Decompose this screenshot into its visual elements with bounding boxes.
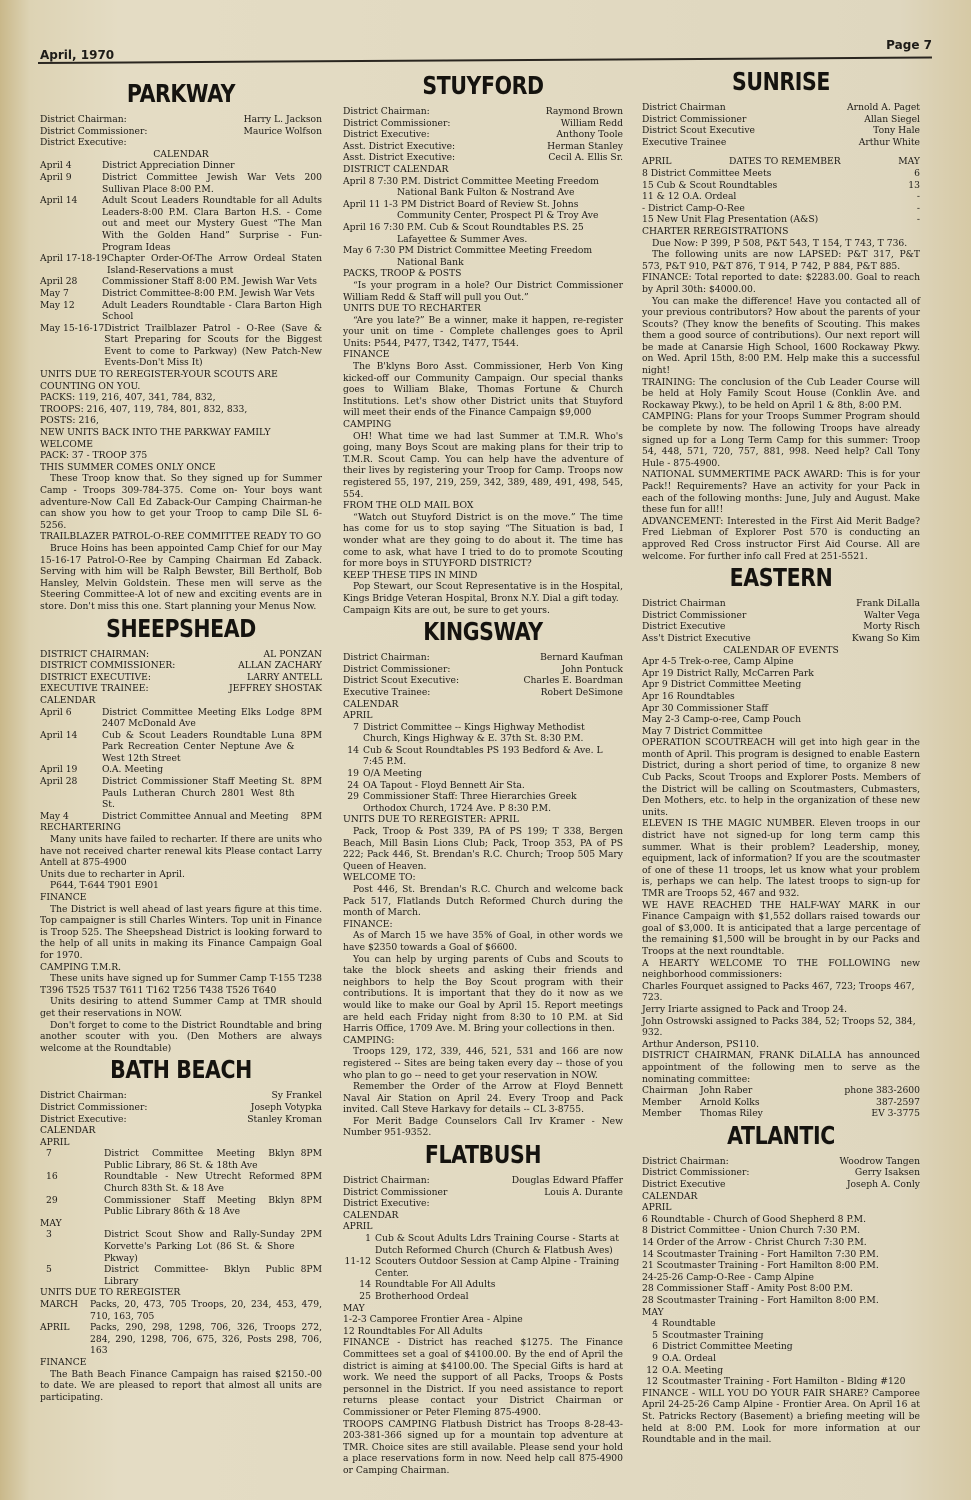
officer-role: Executive Trainee: bbox=[343, 687, 430, 699]
finance-heading: FINANCE: bbox=[343, 919, 623, 931]
event-text: District Committee Jewish War Vets 200 S… bbox=[102, 172, 322, 195]
officer-name: Maurice Wolfson bbox=[244, 126, 323, 138]
camping-text-2: Remember the Order of the Arrow at Floyd… bbox=[343, 1081, 623, 1116]
april-label: APRIL bbox=[343, 1221, 623, 1233]
event-date: 6 bbox=[642, 1341, 662, 1353]
reregister-heading: UNITS DUE TO REREGISTER bbox=[40, 1287, 322, 1299]
section-title: STUYFORD bbox=[368, 72, 598, 100]
rechartering-heading: RECHARTERING bbox=[40, 822, 322, 834]
event-text: Chapter Order-Of-The Arrow Ordeal Staten… bbox=[107, 253, 322, 276]
date-entry: - District Camp-O-Ree- bbox=[642, 203, 920, 215]
event-text: Commissioner Staff: Three Hierarchies Gr… bbox=[363, 791, 623, 814]
april-calendar: 1Cub & Scout Adults Ldrs Training Course… bbox=[343, 1233, 623, 1303]
event-text: District Scout Show and Rally-Sunday Kor… bbox=[104, 1229, 295, 1264]
officer-role: Asst. District Executive: bbox=[343, 152, 455, 164]
date-entry: 11 & 12 O.A. Ordeal- bbox=[642, 191, 920, 203]
phone: 387-2597 bbox=[876, 1097, 920, 1109]
calendar-label: CALENDAR bbox=[40, 1125, 322, 1137]
calendar-entry: 5Scoutmaster Training bbox=[642, 1330, 920, 1342]
reregister-list: MARCHPacks, 20, 473, 705 Troops, 20, 234… bbox=[40, 1299, 322, 1357]
recharter-heading: UNITS DUE TO RECHARTER bbox=[343, 303, 623, 315]
officer-role: District Executive bbox=[642, 621, 725, 633]
officer-role: District Commissioner: bbox=[642, 1167, 749, 1179]
calendar-entry: May 12Adult Leaders Roundtable - Clara B… bbox=[40, 300, 322, 323]
officers: District ChairmanArnold A. PagetDistrict… bbox=[642, 102, 920, 148]
calendar-entry: 19O/A Meeting bbox=[343, 768, 623, 780]
event-date: 5 bbox=[642, 1330, 662, 1342]
officer-role: District Chairman bbox=[642, 102, 726, 114]
calendar-entry: May 7 District Committee bbox=[642, 726, 920, 738]
officer-row: District Commissioner:Joseph Votypka bbox=[40, 1102, 322, 1114]
text-line: THIS SUMMER COMES ONLY ONCE bbox=[40, 462, 322, 474]
may-label: MAY bbox=[40, 1218, 322, 1230]
officer-role: DISTRICT EXECUTIVE: bbox=[40, 672, 151, 684]
event-date: April 14 bbox=[40, 730, 102, 765]
officer-name: Kwang So Kim bbox=[852, 633, 920, 645]
event-date: 14 bbox=[343, 1279, 375, 1291]
event-text: 15 New Unit Flag Presentation (A&S) bbox=[642, 214, 818, 226]
event-date: April 28 bbox=[40, 276, 102, 288]
officer-role: District Chairman: bbox=[40, 114, 127, 126]
calendar-entry: April 16 7:30 P.M. Cub & Scout Roundtabl… bbox=[343, 222, 623, 245]
parkway-section: PARKWAY District Chairman:Harry L. Jacks… bbox=[40, 80, 322, 613]
committee-row: ChairmanJohn Raberphone 383-2600 bbox=[642, 1085, 920, 1097]
committee-row: MemberArnold Kolks387-2597 bbox=[642, 1097, 920, 1109]
officer-role: DISTRICT CHAIRMAN: bbox=[40, 649, 149, 661]
month: MARCH bbox=[40, 1299, 90, 1322]
calendar-entry: 12 Roundtables For All Adults bbox=[343, 1326, 623, 1338]
event-text: Roundtable bbox=[662, 1318, 920, 1330]
officer-name: ALLAN ZACHARY bbox=[238, 660, 322, 672]
event-text: District Committee Meeting Bklyn Public … bbox=[104, 1148, 295, 1171]
camping-text: CAMPING: Plans for your Troops Summer Pr… bbox=[642, 411, 920, 469]
event-text: District Appreciation Dinner bbox=[102, 160, 322, 172]
officer-row: District Executive:Anthony Toole bbox=[343, 129, 623, 141]
units: Packs, 290, 298, 1298, 706, 326, Troops … bbox=[90, 1322, 322, 1357]
event-text: O/A Meeting bbox=[363, 768, 623, 780]
officer-name: Gerry Isaksen bbox=[855, 1167, 920, 1179]
officer-row: Executive TraineeArthur White bbox=[642, 137, 920, 149]
calendar-entry: 28 Scoutmaster Training - Fort Hamilton … bbox=[642, 1295, 920, 1307]
finance-text: The Bath Beach Finance Campaign has rais… bbox=[40, 1369, 322, 1404]
calendar-label: CALENDAR bbox=[343, 699, 623, 711]
event-text: - District Camp-O-Ree bbox=[642, 203, 745, 215]
officer-row: DISTRICT CHAIRMAN:AL PONZAN bbox=[40, 649, 322, 661]
section-title: SHEEPSHEAD bbox=[65, 615, 296, 643]
name: Thomas Riley bbox=[700, 1108, 871, 1120]
tips-text: Pop Stewart, our Scout Representative is… bbox=[343, 581, 623, 604]
event-time: 8PM bbox=[295, 1195, 322, 1218]
officer-row: District Chairman:Woodrow Tangen bbox=[642, 1156, 920, 1168]
calendar-entry: Apr 16 Roundtables bbox=[642, 691, 920, 703]
text-line: Arthur Anderson, PS110. bbox=[642, 1039, 920, 1051]
calendar-entry: April 19O.A. Meeting bbox=[40, 764, 322, 776]
event-text: Cub & Scout Adults Ldrs Training Course … bbox=[375, 1233, 623, 1256]
calendar-label: CALENDAR bbox=[343, 1210, 623, 1222]
officer-name: Herman Stanley bbox=[547, 141, 623, 153]
event-date: 29 bbox=[343, 791, 363, 814]
kingsway-section: KINGSWAY District Chairman:Bernard Kaufm… bbox=[343, 618, 623, 1139]
calendar-entry: April 11 1-3 PM District Board of Review… bbox=[343, 199, 623, 222]
officer-row: District CommissionerLouis A. Durante bbox=[343, 1187, 623, 1199]
officer-row: District Scout Executive:Charles E. Boar… bbox=[343, 675, 623, 687]
event-date: April 17-18-19 bbox=[40, 253, 107, 276]
officer-row: District Chairman:Harry L. Jackson bbox=[40, 114, 322, 126]
event-date: May 7 bbox=[40, 288, 102, 300]
event-text: District Committee- Bklyn Public Library bbox=[104, 1264, 295, 1287]
calendar-entry: May 15-16-17District Trailblazer Patrol … bbox=[40, 323, 322, 369]
calendar-entry: 24OA Tapout - Floyd Bennett Air Sta. bbox=[343, 780, 623, 792]
calendar-entry: May 7District Committee-8:00 P.M. Jewish… bbox=[40, 288, 322, 300]
officer-row: District Commissioner:John Pontuck bbox=[343, 664, 623, 676]
officer-role: DISTRICT COMMISSIONER: bbox=[40, 660, 175, 672]
officer-row: District CommissionerAllan Siegel bbox=[642, 114, 920, 126]
summer-text: These Troop know that. So they signed up… bbox=[40, 473, 322, 531]
officer-role: District Commissioner: bbox=[343, 664, 450, 676]
welcome-heading: WELCOME TO: bbox=[343, 872, 623, 884]
calendar-entry: 14 Scoutmaster Training - Fort Hamilton … bbox=[642, 1249, 920, 1261]
officer-row: District Commissioner:Gerry Isaksen bbox=[642, 1167, 920, 1179]
sunrise-section: SUNRISE District ChairmanArnold A. Paget… bbox=[642, 68, 920, 562]
officers: District Chairman:Douglas Edward Pfaffer… bbox=[343, 1175, 623, 1210]
officer-row: District Executive: bbox=[343, 1198, 623, 1210]
officer-role: EXECUTIVE TRAINEE: bbox=[40, 683, 149, 695]
may-calendar: 3District Scout Show and Rally-Sunday Ko… bbox=[40, 1229, 322, 1287]
event-time: 2PM bbox=[295, 1229, 322, 1264]
calendar-entry: April 28Commissioner Staff 8:00 P.M. Jew… bbox=[40, 276, 322, 288]
officers: District Chairman:Harry L. JacksonDistri… bbox=[40, 114, 322, 149]
may-calendar: 1-2-3 Camporee Frontier Area - Alpine12 … bbox=[343, 1314, 623, 1337]
event-date: April 14 bbox=[40, 195, 102, 253]
officer-name: Morty Risch bbox=[863, 621, 920, 633]
calendar-label: CALENDAR bbox=[40, 695, 322, 707]
calendar-entry: 4Roundtable bbox=[642, 1318, 920, 1330]
event-date: 9 bbox=[642, 1353, 662, 1365]
officer-role: District Executive: bbox=[40, 1114, 127, 1126]
calendar-entry: 3District Scout Show and Rally-Sunday Ko… bbox=[40, 1229, 322, 1264]
units-list: UNITS DUE TO REREGISTER-YOUR SCOUTS ARE … bbox=[40, 369, 322, 473]
flatbush-section: FLATBUSH District Chairman:Douglas Edwar… bbox=[343, 1141, 623, 1476]
calendar-entry: 6District Committee Meeting bbox=[642, 1341, 920, 1353]
calendar-entry: May 4District Committee Annual and Meeti… bbox=[40, 811, 322, 823]
finance-heading: FINANCE bbox=[40, 892, 322, 904]
officer-name: AL PONZAN bbox=[264, 649, 322, 661]
nominating-committee: ChairmanJohn Raberphone 383-2600MemberAr… bbox=[642, 1085, 920, 1120]
april-calendar: 6 Roundtable - Church of Good Shepherd 8… bbox=[642, 1214, 920, 1307]
section-title: ATLANTIC bbox=[667, 1122, 895, 1150]
event-date: 25 bbox=[343, 1291, 375, 1303]
event-text: Adult Scout Leaders Roundtable for all A… bbox=[102, 195, 322, 253]
calendar-entry: 14 Order of the Arrow - Christ Church 7:… bbox=[642, 1237, 920, 1249]
reregister-text: Pack, Troop & Post 339, PA of PS 199; T … bbox=[343, 826, 623, 872]
calendar-entry: 11-12Scouters Outdoor Session at Camp Al… bbox=[343, 1256, 623, 1279]
officer-row: EXECUTIVE TRAINEE:JEFFREY SHOSTAK bbox=[40, 683, 322, 695]
event-text: Cub & Scout Roundtables PS 193 Bedford &… bbox=[363, 745, 623, 768]
calendar-entry: 25Brotherhood Ordeal bbox=[343, 1291, 623, 1303]
calendar-entry: April 8 7:30 P.M. District Committee Mee… bbox=[343, 176, 623, 199]
calendar-entry: 9O.A. Ordeal bbox=[642, 1353, 920, 1365]
calendar-entry: 16Roundtable - New Utrecht Reformed Chur… bbox=[40, 1171, 322, 1194]
packs-text: “Is your program in a hole? Our District… bbox=[343, 280, 623, 303]
may-label: MAY bbox=[642, 1307, 920, 1319]
calendar-entry: Apr 30 Commissioner Staff bbox=[642, 703, 920, 715]
event-text: Roundtable For All Adults bbox=[375, 1279, 623, 1291]
officer-role: District Chairman: bbox=[343, 1175, 430, 1187]
calendar-entry: 5District Committee- Bklyn Public Librar… bbox=[40, 1264, 322, 1287]
calendar-entry: 12Scoutmaster Training - Fort Hamilton -… bbox=[642, 1376, 920, 1388]
event-time: 8PM bbox=[295, 1264, 322, 1287]
officer-row: District ChairmanArnold A. Paget bbox=[642, 102, 920, 114]
date-entry: 15 Cub & Scout Roundtables13 bbox=[642, 180, 920, 192]
name: Arnold Kolks bbox=[700, 1097, 876, 1109]
text-line: POSTS: 216, bbox=[40, 415, 322, 427]
mailbox-heading: FROM THE OLD MAIL BOX bbox=[343, 500, 623, 512]
event-text: District Committee -- Kings Highway Meth… bbox=[363, 722, 623, 745]
phone: EV 3-3775 bbox=[871, 1108, 920, 1120]
camping-text: TROOPS CAMPING Flatbush District has Tro… bbox=[343, 1419, 623, 1477]
event-date: 7 bbox=[343, 722, 363, 745]
camping-text: Troops 129, 172, 339, 446, 521, 531 and … bbox=[343, 1046, 623, 1081]
column-left: PARKWAY District Chairman:Harry L. Jacks… bbox=[40, 78, 322, 1403]
april-label: APRIL bbox=[343, 710, 623, 722]
finance-text: FINANCE - District has reached $1275. Th… bbox=[343, 1337, 623, 1418]
recharter-due: Units due to recharter in April. bbox=[40, 869, 322, 881]
officer-role: District Executive: bbox=[343, 129, 430, 141]
finance-text: FINANCE - WILL YOU DO YOUR FAIR SHARE? C… bbox=[642, 1388, 920, 1446]
camping-heading: CAMPING bbox=[343, 419, 623, 431]
event-text: Cub & Scout Leaders Roundtable Luna Park… bbox=[102, 730, 295, 765]
officer-name: Robert DeSimone bbox=[541, 687, 623, 699]
event-date: April 19 bbox=[40, 764, 102, 776]
text-line: UNITS DUE TO REREGISTER-YOUR SCOUTS ARE … bbox=[40, 369, 322, 392]
committee-row: MemberThomas RileyEV 3-3775 bbox=[642, 1108, 920, 1120]
trailblazer-heading: TRAILBLAZER PATROL-O-REE COMMITTEE READY… bbox=[40, 531, 322, 543]
officer-name: Cecil A. Ellis Sr. bbox=[548, 152, 623, 164]
officer-row: District ChairmanFrank DiLalla bbox=[642, 598, 920, 610]
officer-role: District Scout Executive: bbox=[343, 675, 459, 687]
section-title: FLATBUSH bbox=[368, 1141, 598, 1169]
event-date: April 6 bbox=[40, 707, 102, 730]
event-text: Commissioner Staff 8:00 P.M. Jewish War … bbox=[102, 276, 322, 288]
event-text: OA Tapout - Floyd Bennett Air Sta. bbox=[363, 780, 623, 792]
officer-name: Joseph Votypka bbox=[251, 1102, 322, 1114]
sheepshead-section: SHEEPSHEAD DISTRICT CHAIRMAN:AL PONZANDI… bbox=[40, 615, 322, 1055]
column-right: SUNRISE District ChairmanArnold A. Paget… bbox=[642, 66, 920, 1446]
officer-role: District Chairman bbox=[642, 598, 726, 610]
officer-name: Douglas Edward Pfaffer bbox=[512, 1175, 623, 1187]
section-title: SUNRISE bbox=[667, 68, 895, 96]
officer-row: District Chairman:Raymond Brown bbox=[343, 106, 623, 118]
event-text: District Trailblazer Patrol - O-Ree (Sav… bbox=[104, 323, 322, 369]
officer-name: Frank DiLalla bbox=[856, 598, 920, 610]
officers: District Chairman:Bernard KaufmanDistric… bbox=[343, 652, 623, 698]
section-title: KINGSWAY bbox=[368, 618, 598, 646]
event-date: 1 bbox=[343, 1233, 375, 1256]
event-date: April 4 bbox=[40, 160, 102, 172]
units: Packs, 20, 473, 705 Troops, 20, 234, 453… bbox=[90, 1299, 322, 1322]
officer-row: Executive Trainee:Robert DeSimone bbox=[343, 687, 623, 699]
section-title: PARKWAY bbox=[65, 80, 296, 108]
officer-row: Ass't District ExecutiveKwang So Kim bbox=[642, 633, 920, 645]
officer-name: Anthony Toole bbox=[556, 129, 623, 141]
event-date: May 15-16-17 bbox=[40, 323, 104, 369]
calendar-entry: April 4District Appreciation Dinner bbox=[40, 160, 322, 172]
event-time: 8PM bbox=[295, 1148, 322, 1171]
halfway-text: WE HAVE REACHED THE HALF-WAY MARK in our… bbox=[642, 900, 920, 958]
rechartering-text: Many units have failed to recharter. If … bbox=[40, 834, 322, 869]
calendar-entry: 29Commissioner Staff Meeting Bklyn Publi… bbox=[40, 1195, 322, 1218]
officer-role: District Chairman: bbox=[343, 652, 430, 664]
reregister-entry: MARCHPacks, 20, 473, 705 Troops, 20, 234… bbox=[40, 1299, 322, 1322]
recharter-text: “Are you late?” Be a winner, make it hap… bbox=[343, 315, 623, 350]
event-time bbox=[316, 764, 322, 776]
officer-row: Asst. District Executive:Herman Stanley bbox=[343, 141, 623, 153]
role: Member bbox=[642, 1097, 700, 1109]
calendar-entry: April 9District Committee Jewish War Vet… bbox=[40, 172, 322, 195]
may-calendar: 4Roundtable5Scoutmaster Training6Distric… bbox=[642, 1318, 920, 1388]
mailbox-text: “Watch out Stuyford District is on the m… bbox=[343, 512, 623, 570]
event-text: 11 & 12 O.A. Ordeal bbox=[642, 191, 736, 203]
section-title: EASTERN bbox=[667, 564, 895, 592]
camping-text: OH! What time we had last Summer at T.M.… bbox=[343, 431, 623, 501]
finance-text: The B'klyns Boro Asst. Commissioner, Her… bbox=[343, 361, 623, 419]
text-line: TROOPS: 216, 407, 119, 784, 801, 832, 83… bbox=[40, 404, 322, 416]
calendar-entry: April 14Cub & Scout Leaders Roundtable L… bbox=[40, 730, 322, 765]
officer-name: Sy Frankel bbox=[271, 1090, 322, 1102]
calendar-entry: Apr 19 District Rally, McCarren Park bbox=[642, 668, 920, 680]
event-text: Brotherhood Ordeal bbox=[375, 1291, 623, 1303]
event-text: 8 District Committee Meets bbox=[642, 168, 771, 180]
event-time: 8PM bbox=[295, 811, 322, 823]
eastern-section: EASTERN District ChairmanFrank DiLallaDi… bbox=[642, 564, 920, 1120]
calendar-label: CALENDAR bbox=[642, 1191, 920, 1203]
calendar-entry: 14Cub & Scout Roundtables PS 193 Bedford… bbox=[343, 745, 623, 768]
event-date: 7 bbox=[40, 1148, 104, 1171]
officers: District Chairman:Raymond BrownDistrict … bbox=[343, 106, 623, 164]
calendar: April 8 7:30 P.M. District Committee Mee… bbox=[343, 176, 623, 269]
event-text: District Committee Annual and Meeting bbox=[102, 811, 295, 823]
event-text: Commissioner Staff Meeting Bklyn Public … bbox=[104, 1195, 295, 1218]
april-label: APRIL bbox=[40, 1137, 322, 1149]
officer-role: District Commissioner: bbox=[40, 1102, 147, 1114]
officer-name: Arthur White bbox=[859, 137, 920, 149]
chairman-text: DISTRICT CHAIRMAN, FRANK DiLALLA has ann… bbox=[642, 1050, 920, 1085]
officer-role: District Commissioner: bbox=[40, 126, 147, 138]
officer-row: District Chairman:Douglas Edward Pfaffer bbox=[343, 1175, 623, 1187]
officer-name: Joseph A. Conly bbox=[847, 1179, 920, 1191]
april-label: APRIL bbox=[642, 1202, 920, 1214]
text-line: Charles Fourquet assigned to Packs 467, … bbox=[642, 981, 920, 1004]
role: Chairman bbox=[642, 1085, 700, 1097]
officer-role: District Chairman: bbox=[40, 1090, 127, 1102]
text-line: NEW UNITS BACK INTO THE PARKWAY FAMILY W… bbox=[40, 427, 322, 450]
calendar-entry: 28 Commissioner Staff - Amity Post 8:00 … bbox=[642, 1283, 920, 1295]
camping-text: These units have signed up for Summer Ca… bbox=[40, 973, 322, 996]
officer-role: District Executive bbox=[642, 1179, 725, 1191]
event-text: O.A. Meeting bbox=[662, 1365, 920, 1377]
event-text: Roundtable - New Utrecht Reformed Church… bbox=[104, 1171, 295, 1194]
reregister-heading: UNITS DUE TO REREGISTER: APRIL bbox=[343, 814, 623, 826]
calendar-entry: 29Commissioner Staff: Three Hierarchies … bbox=[343, 791, 623, 814]
calendar-entry: May 6 7:30 PM District Committee Meeting… bbox=[343, 245, 623, 268]
finance-text: As of March 15 we have 35% of Goal, in o… bbox=[343, 930, 623, 953]
officer-role: District Chairman: bbox=[343, 106, 430, 118]
training-text: TRAINING: The conclusion of the Cub Lead… bbox=[642, 377, 920, 412]
calendar-entry: 24-25-26 Camp-O-Ree - Camp Alpine bbox=[642, 1272, 920, 1284]
calendar-entry: Apr 9 District Committee Meeting bbox=[642, 679, 920, 691]
section-title: BATH BEACH bbox=[65, 1056, 296, 1084]
officer-name: Woodrow Tangen bbox=[839, 1156, 920, 1168]
event-date: April 28 bbox=[40, 776, 102, 811]
officer-name: Allan Siegel bbox=[864, 114, 920, 126]
officer-row: District ExecutiveMorty Risch bbox=[642, 621, 920, 633]
recharter-units: P644, T-644 T901 E901 bbox=[40, 880, 322, 892]
officer-row: District Chairman:Bernard Kaufman bbox=[343, 652, 623, 664]
event-date: 19 bbox=[343, 768, 363, 780]
camping-text-3: Don't forget to come to the District Rou… bbox=[40, 1020, 322, 1055]
eleven-text: ELEVEN IS THE MAGIC NUMBER. Eleven troop… bbox=[642, 818, 920, 899]
role: Member bbox=[642, 1108, 700, 1120]
officers: District ChairmanFrank DiLallaDistrict C… bbox=[642, 598, 920, 644]
welcome-text: Post 446, St. Brendan's R.C. Church and … bbox=[343, 884, 623, 919]
officer-role: District Commissioner bbox=[642, 610, 746, 622]
may-date: - bbox=[917, 214, 920, 226]
calendar-entry: 12O.A. Meeting bbox=[642, 1365, 920, 1377]
officer-name: Harry L. Jackson bbox=[244, 114, 322, 126]
calendar-label: DISTRICT CALENDAR bbox=[343, 164, 623, 176]
calendar-entry: 14Roundtable For All Adults bbox=[343, 1279, 623, 1291]
calendar-entry: 1-2-3 Camporee Frontier Area - Alpine bbox=[343, 1314, 623, 1326]
stuyford-section: STUYFORD District Chairman:Raymond Brown… bbox=[343, 72, 623, 616]
officer-name: John Pontuck bbox=[561, 664, 623, 676]
officer-role: Ass't District Executive bbox=[642, 633, 751, 645]
finance-text: FINANCE: Total reported to date: $2283.0… bbox=[642, 272, 920, 295]
officer-row: DISTRICT COMMISSIONER:ALLAN ZACHARY bbox=[40, 660, 322, 672]
calendar-entry: 6 Roundtable - Church of Good Shepherd 8… bbox=[642, 1214, 920, 1226]
april-calendar: 7District Committee Meeting Bklyn Public… bbox=[40, 1148, 322, 1218]
officer-name: Raymond Brown bbox=[546, 106, 623, 118]
page-number: Page 7 bbox=[886, 38, 932, 52]
calendar-entry: April 17-18-19Chapter Order-Of-The Arrow… bbox=[40, 253, 322, 276]
event-text: District Committee-8:00 P.M. Jewish War … bbox=[102, 288, 322, 300]
camping-heading: CAMPING: bbox=[343, 1035, 623, 1047]
finance-text-2: You can help by urging parents of Cubs a… bbox=[343, 954, 623, 1035]
text-line: PACK: 37 - TROOP 375 bbox=[40, 450, 322, 462]
calendar-entry: 7District Committee -- Kings Highway Met… bbox=[343, 722, 623, 745]
event-date: 24 bbox=[343, 780, 363, 792]
event-date: April 9 bbox=[40, 172, 102, 195]
calendar-label: CALENDAR OF EVENTS bbox=[642, 645, 920, 657]
packs-heading: PACKS, TROOP & POSTS bbox=[343, 268, 623, 280]
may-date: 13 bbox=[908, 180, 920, 192]
officer-name: Walter Vega bbox=[864, 610, 920, 622]
event-text: District Commissioner Staff Meeting St. … bbox=[102, 776, 295, 811]
text-line: PACKS: 119, 216, 407, 341, 784, 832, bbox=[40, 392, 322, 404]
award-text: NATIONAL SUMMERTIME PACK AWARD: This is … bbox=[642, 469, 920, 515]
tips-heading: KEEP THESE TIPS IN MIND bbox=[343, 570, 623, 582]
officer-role: District Chairman: bbox=[642, 1156, 729, 1168]
calendar: Apr 4-5 Trek-o-ree, Camp AlpineApr 19 Di… bbox=[642, 656, 920, 737]
officer-name: LARRY ANTELL bbox=[247, 672, 322, 684]
officer-role: District Commissioner bbox=[343, 1187, 447, 1199]
event-text: Adult Leaders Roundtable - Clara Barton … bbox=[102, 300, 322, 323]
event-date: May 12 bbox=[40, 300, 102, 323]
event-date: 14 bbox=[343, 745, 363, 768]
may-date: 6 bbox=[914, 168, 920, 180]
event-date: 5 bbox=[40, 1264, 104, 1287]
calendar-entry: 1Cub & Scout Adults Ldrs Training Course… bbox=[343, 1233, 623, 1256]
officer-name: JEFFREY SHOSTAK bbox=[229, 683, 322, 695]
